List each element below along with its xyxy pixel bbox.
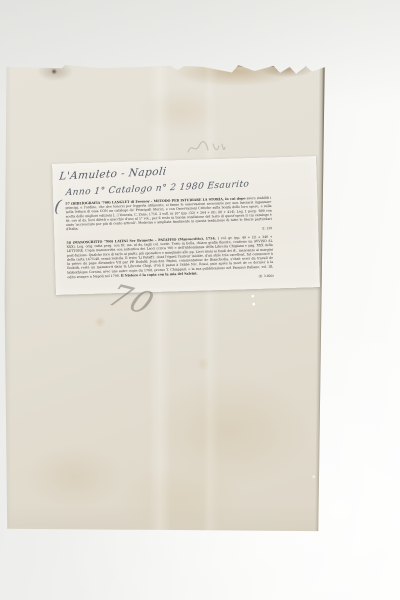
catalog-entry-58: 58 (MANOSCRITTO '700) LATINI Ser Brunett…	[66, 234, 273, 284]
handwritten-paren: (	[53, 196, 63, 217]
paper-creases	[4, 64, 325, 533]
handwritten-note-line2: Anno 1° Catalogo n° 2 1980 Esaurito	[65, 179, 250, 198]
pencil-scribble	[186, 140, 226, 158]
catalog-entry-58-text: 58 (MANOSCRITTO '700) LATINI Ser Brunett…	[66, 234, 273, 279]
catalog-entry-57: 57 (BIBLIOGRAFIA '700) LANGLET di Fresno…	[65, 195, 272, 236]
catalog-clipping-label: L'Amuleto - Napoli Anno 1° Catalogo n° 2…	[52, 156, 320, 295]
paper-stains	[4, 64, 325, 533]
handwritten-note-line1: L'Amuleto - Napoli	[59, 166, 167, 183]
book-back-cover: L'Amuleto - Napoli Anno 1° Catalogo n° 2…	[4, 64, 325, 533]
